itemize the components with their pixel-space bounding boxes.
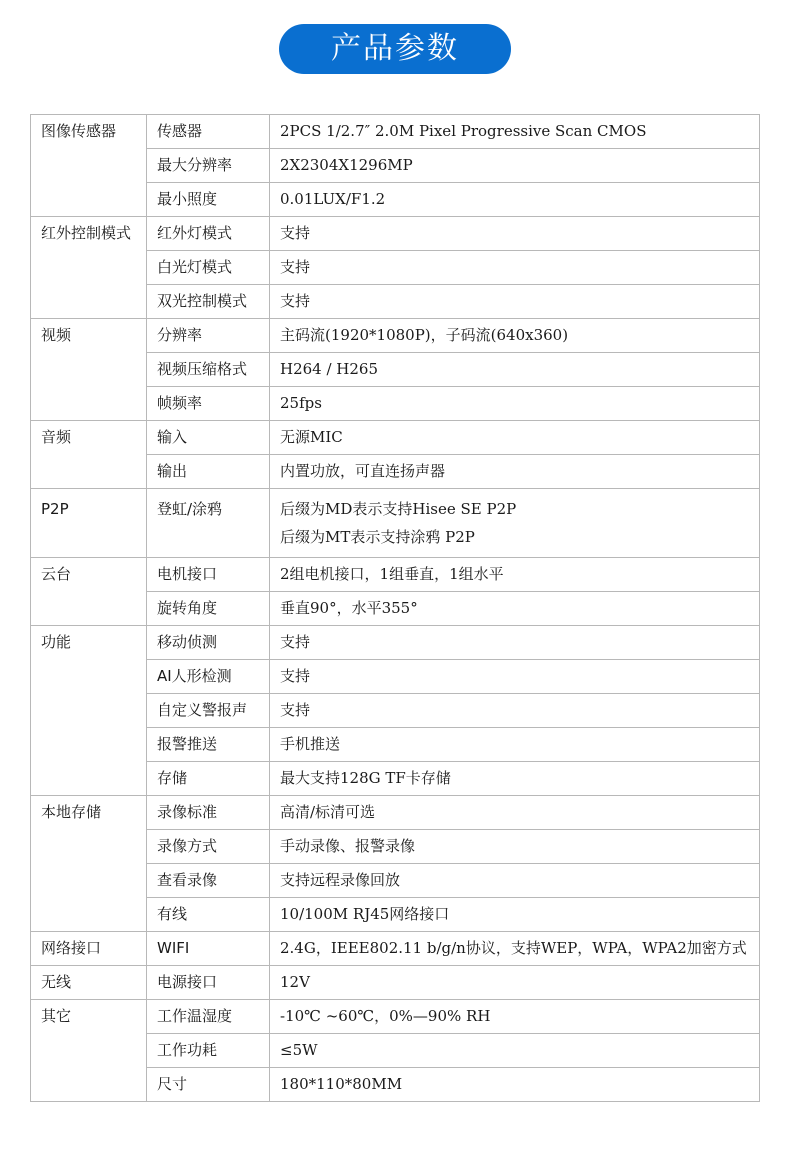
value-cell: 25fps [270,387,760,421]
item-cell: 分辨率 [147,319,270,353]
value-cell: 支持 [270,251,760,285]
value-cell: 垂直90°，水平355° [270,592,760,626]
category-cell: 云台 [31,558,147,626]
item-cell: 最大分辨率 [147,149,270,183]
table-row: 云台 电机接口 2组电机接口，1组垂直，1组水平 [31,558,760,592]
spec-table: 图像传感器 传感器 2PCS 1/2.7″ 2.0M Pixel Progres… [30,114,760,1102]
value-cell: 后缀为MD表示支持Hisee SE P2P 后缀为MT表示支持涂鸦 P2P [270,489,760,558]
value-cell: 12V [270,966,760,1000]
page-title: 产品参数 [279,24,511,74]
value-cell: 10/100M RJ45网络接口 [270,898,760,932]
value-cell: 支持 [270,694,760,728]
item-cell: 录像标准 [147,796,270,830]
value-cell: 支持远程录像回放 [270,864,760,898]
value-cell: 最大支持128G TF卡存储 [270,762,760,796]
item-cell: WIFI [147,932,270,966]
item-cell: 自定义警报声 [147,694,270,728]
item-cell: AI人形检测 [147,660,270,694]
category-cell: 功能 [31,626,147,796]
item-cell: 尺寸 [147,1068,270,1102]
category-cell: P2P [31,489,147,558]
value-cell: 2PCS 1/2.7″ 2.0M Pixel Progressive Scan … [270,115,760,149]
table-row: 功能 移动侦测 支持 [31,626,760,660]
value-cell: 0.01LUX/F1.2 [270,183,760,217]
item-cell: 录像方式 [147,830,270,864]
value-cell: 2X2304X1296MP [270,149,760,183]
item-cell: 帧频率 [147,387,270,421]
value-cell: 180*110*80MM [270,1068,760,1102]
value-cell: 高清/标清可选 [270,796,760,830]
item-cell: 电机接口 [147,558,270,592]
table-row: 其它 工作温湿度 -10℃ ~60℃，0%—90% RH [31,1000,760,1034]
category-cell: 视频 [31,319,147,421]
item-cell: 登虹/涂鸦 [147,489,270,558]
item-cell: 移动侦测 [147,626,270,660]
item-cell: 输入 [147,421,270,455]
table-row: 图像传感器 传感器 2PCS 1/2.7″ 2.0M Pixel Progres… [31,115,760,149]
value-cell: 手动录像、报警录像 [270,830,760,864]
item-cell: 存储 [147,762,270,796]
table-row: 无线 电源接口 12V [31,966,760,1000]
category-cell: 音频 [31,421,147,489]
item-cell: 查看录像 [147,864,270,898]
category-cell: 其它 [31,1000,147,1102]
item-cell: 输出 [147,455,270,489]
table-row: 网络接口 WIFI 2.4G，IEEE802.11 b/g/n协议，支持WEP，… [31,932,760,966]
value-line: 后缀为MT表示支持涂鸦 P2P [280,523,749,551]
item-cell: 最小照度 [147,183,270,217]
table-row: 音频 输入 无源MIC [31,421,760,455]
item-cell: 工作温湿度 [147,1000,270,1034]
item-cell: 红外灯模式 [147,217,270,251]
item-cell: 有线 [147,898,270,932]
value-cell: ≤5W [270,1034,760,1068]
table-row: 本地存储 录像标准 高清/标清可选 [31,796,760,830]
value-line: 后缀为MD表示支持Hisee SE P2P [280,495,749,523]
item-cell: 报警推送 [147,728,270,762]
value-cell: 2.4G，IEEE802.11 b/g/n协议，支持WEP，WPA，WPA2加密… [270,932,760,966]
value-cell: -10℃ ~60℃，0%—90% RH [270,1000,760,1034]
item-cell: 视频压缩格式 [147,353,270,387]
value-cell: 支持 [270,285,760,319]
category-cell: 无线 [31,966,147,1000]
value-cell: 主码流(1920*1080P)，子码流(640x360) [270,319,760,353]
item-cell: 旋转角度 [147,592,270,626]
item-cell: 白光灯模式 [147,251,270,285]
category-cell: 本地存储 [31,796,147,932]
value-cell: 支持 [270,217,760,251]
table-row: P2P 登虹/涂鸦 后缀为MD表示支持Hisee SE P2P 后缀为MT表示支… [31,489,760,558]
value-cell: 内置功放，可直连扬声器 [270,455,760,489]
value-cell: 手机推送 [270,728,760,762]
category-cell: 图像传感器 [31,115,147,217]
item-cell: 工作功耗 [147,1034,270,1068]
item-cell: 双光控制模式 [147,285,270,319]
value-cell: 支持 [270,660,760,694]
value-cell: 2组电机接口，1组垂直，1组水平 [270,558,760,592]
value-cell: 无源MIC [270,421,760,455]
value-cell: H264 / H265 [270,353,760,387]
item-cell: 电源接口 [147,966,270,1000]
table-row: 视频 分辨率 主码流(1920*1080P)，子码流(640x360) [31,319,760,353]
category-cell: 红外控制模式 [31,217,147,319]
category-cell: 网络接口 [31,932,147,966]
table-row: 红外控制模式 红外灯模式 支持 [31,217,760,251]
value-cell: 支持 [270,626,760,660]
item-cell: 传感器 [147,115,270,149]
